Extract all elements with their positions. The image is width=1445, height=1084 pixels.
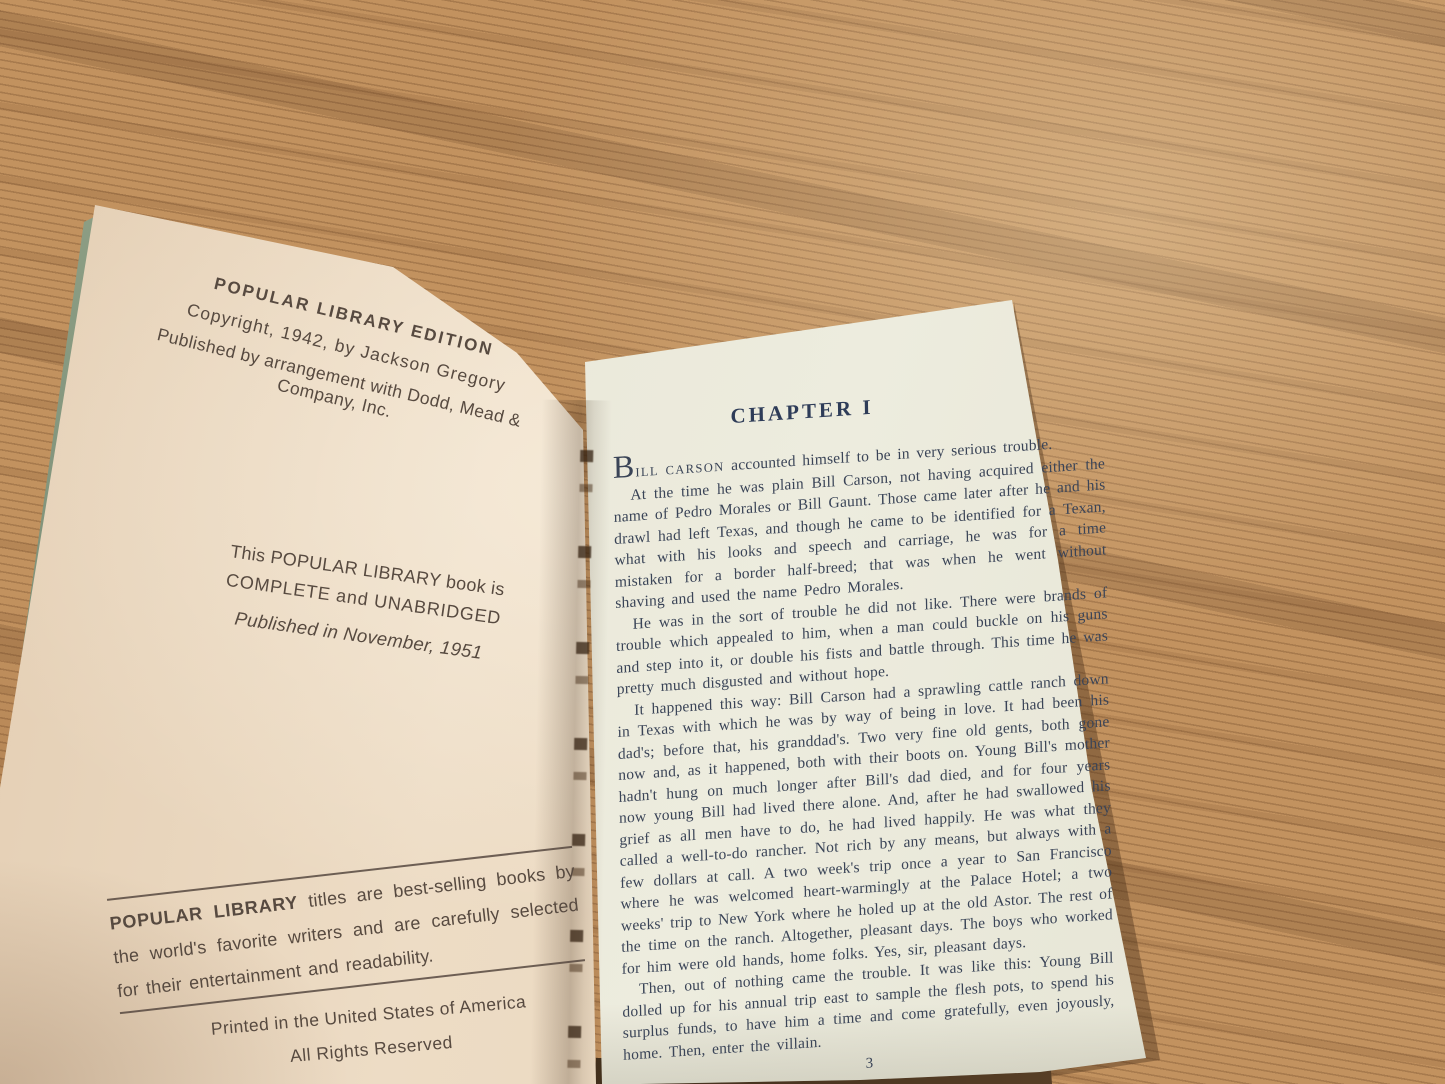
blurb-lead: POPULAR LIBRARY xyxy=(109,892,300,933)
drop-cap: B xyxy=(613,448,636,485)
chapter-text-column: CHAPTER I BILL CARSON accounted himself … xyxy=(612,379,1115,1084)
small-caps-name: ILL CARSON xyxy=(635,460,724,480)
paragraph: It happened this way: Bill Carson had a … xyxy=(617,668,1113,980)
body-text: BILL CARSON accounted himself to be in v… xyxy=(613,430,1115,1066)
book-photo-scene: POPULAR LIBRARY EDITION Copyright, 1942,… xyxy=(0,0,1445,1084)
